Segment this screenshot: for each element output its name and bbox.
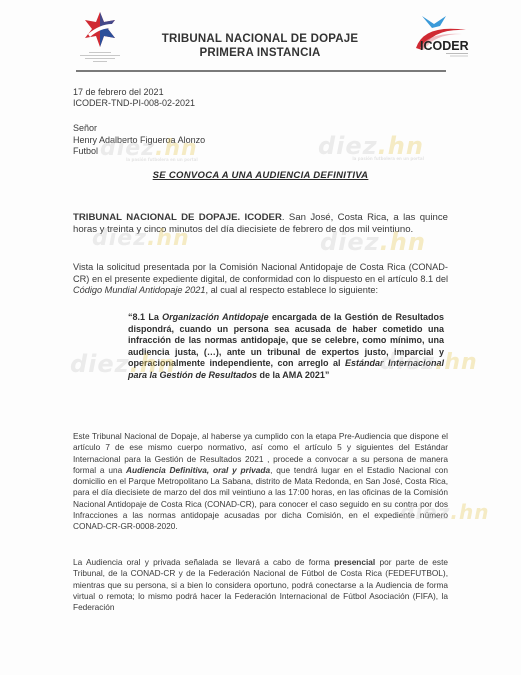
watermark: diez.hnla pasión futbolera en un portal bbox=[318, 132, 424, 161]
watermark-brand: diez bbox=[318, 132, 378, 160]
star-emblem-icon bbox=[78, 10, 122, 50]
recipient-department: Futbol bbox=[73, 146, 98, 157]
paragraph-request: Vista la solicitud presentada por la Com… bbox=[73, 262, 448, 297]
quote-text-a: “8.1 La bbox=[128, 312, 162, 322]
letter-reference-number: ICODER-TND-PI-008-02-2021 bbox=[73, 98, 195, 109]
article-quote: “8.1 La Organización Antidopaje encargad… bbox=[128, 312, 444, 382]
hearing-type: Audiencia Definitiva, oral y privada bbox=[126, 465, 270, 475]
quote-italic-org: Organización Antidopaje bbox=[162, 312, 268, 322]
paragraph-request-text-a: Vista la solicitud presentada por la Com… bbox=[73, 262, 448, 284]
watermark-tagline: la pasión futbolera en un portal bbox=[318, 156, 424, 161]
logo-caption-lines bbox=[78, 50, 122, 62]
letter-date: 17 de febrero del 2021 bbox=[73, 87, 164, 98]
paragraph-opening: TRIBUNAL NACIONAL DE DOPAJE. ICODER. San… bbox=[73, 212, 448, 236]
paragraph-hearing-format: La Audiencia oral y privada señalada se … bbox=[73, 557, 448, 613]
paragraph-request-text-b: , al cual al respecto establece lo sigui… bbox=[205, 285, 378, 295]
tribunal-logo bbox=[78, 10, 122, 66]
paragraph-convocation: Este Tribunal Nacional de Dopaje, al hab… bbox=[73, 431, 448, 533]
letter-subject: SE CONVOCA A UNA AUDIENCIA DEFINITIVA bbox=[73, 170, 448, 181]
paragraph-hearing-text-a: La Audiencia oral y privada señalada se … bbox=[73, 557, 334, 567]
letter-salutation: Señor bbox=[73, 123, 97, 134]
watermark-brand: diez bbox=[70, 350, 130, 378]
watermark-tagline: la pasión futbolera en un portal bbox=[100, 157, 198, 162]
tribunal-name: TRIBUNAL NACIONAL DE DOPAJE. ICODER bbox=[73, 212, 282, 223]
header-divider bbox=[76, 70, 446, 72]
code-reference: Código Mundial Antidopaje 2021 bbox=[73, 285, 205, 295]
header-title-line2: PRIMERA INSTANCIA bbox=[120, 46, 400, 60]
icoder-logo: ICODER bbox=[412, 10, 474, 60]
svg-text:ICODER: ICODER bbox=[420, 39, 469, 53]
document-header-title: TRIBUNAL NACIONAL DE DOPAJE PRIMERA INST… bbox=[120, 32, 400, 60]
watermark-suffix: .hn bbox=[378, 132, 424, 160]
watermark-suffix: .hn bbox=[450, 500, 489, 524]
header-title-line1: TRIBUNAL NACIONAL DE DOPAJE bbox=[120, 32, 400, 46]
document-page: TRIBUNAL NACIONAL DE DOPAJE PRIMERA INST… bbox=[0, 0, 521, 675]
recipient-name: Henry Adalberto Figueroa Alonzo bbox=[73, 135, 205, 146]
icoder-swoosh-icon: ICODER bbox=[412, 10, 474, 60]
hearing-format: presencial bbox=[334, 557, 375, 567]
quote-text-c: de la AMA 2021” bbox=[257, 370, 329, 380]
